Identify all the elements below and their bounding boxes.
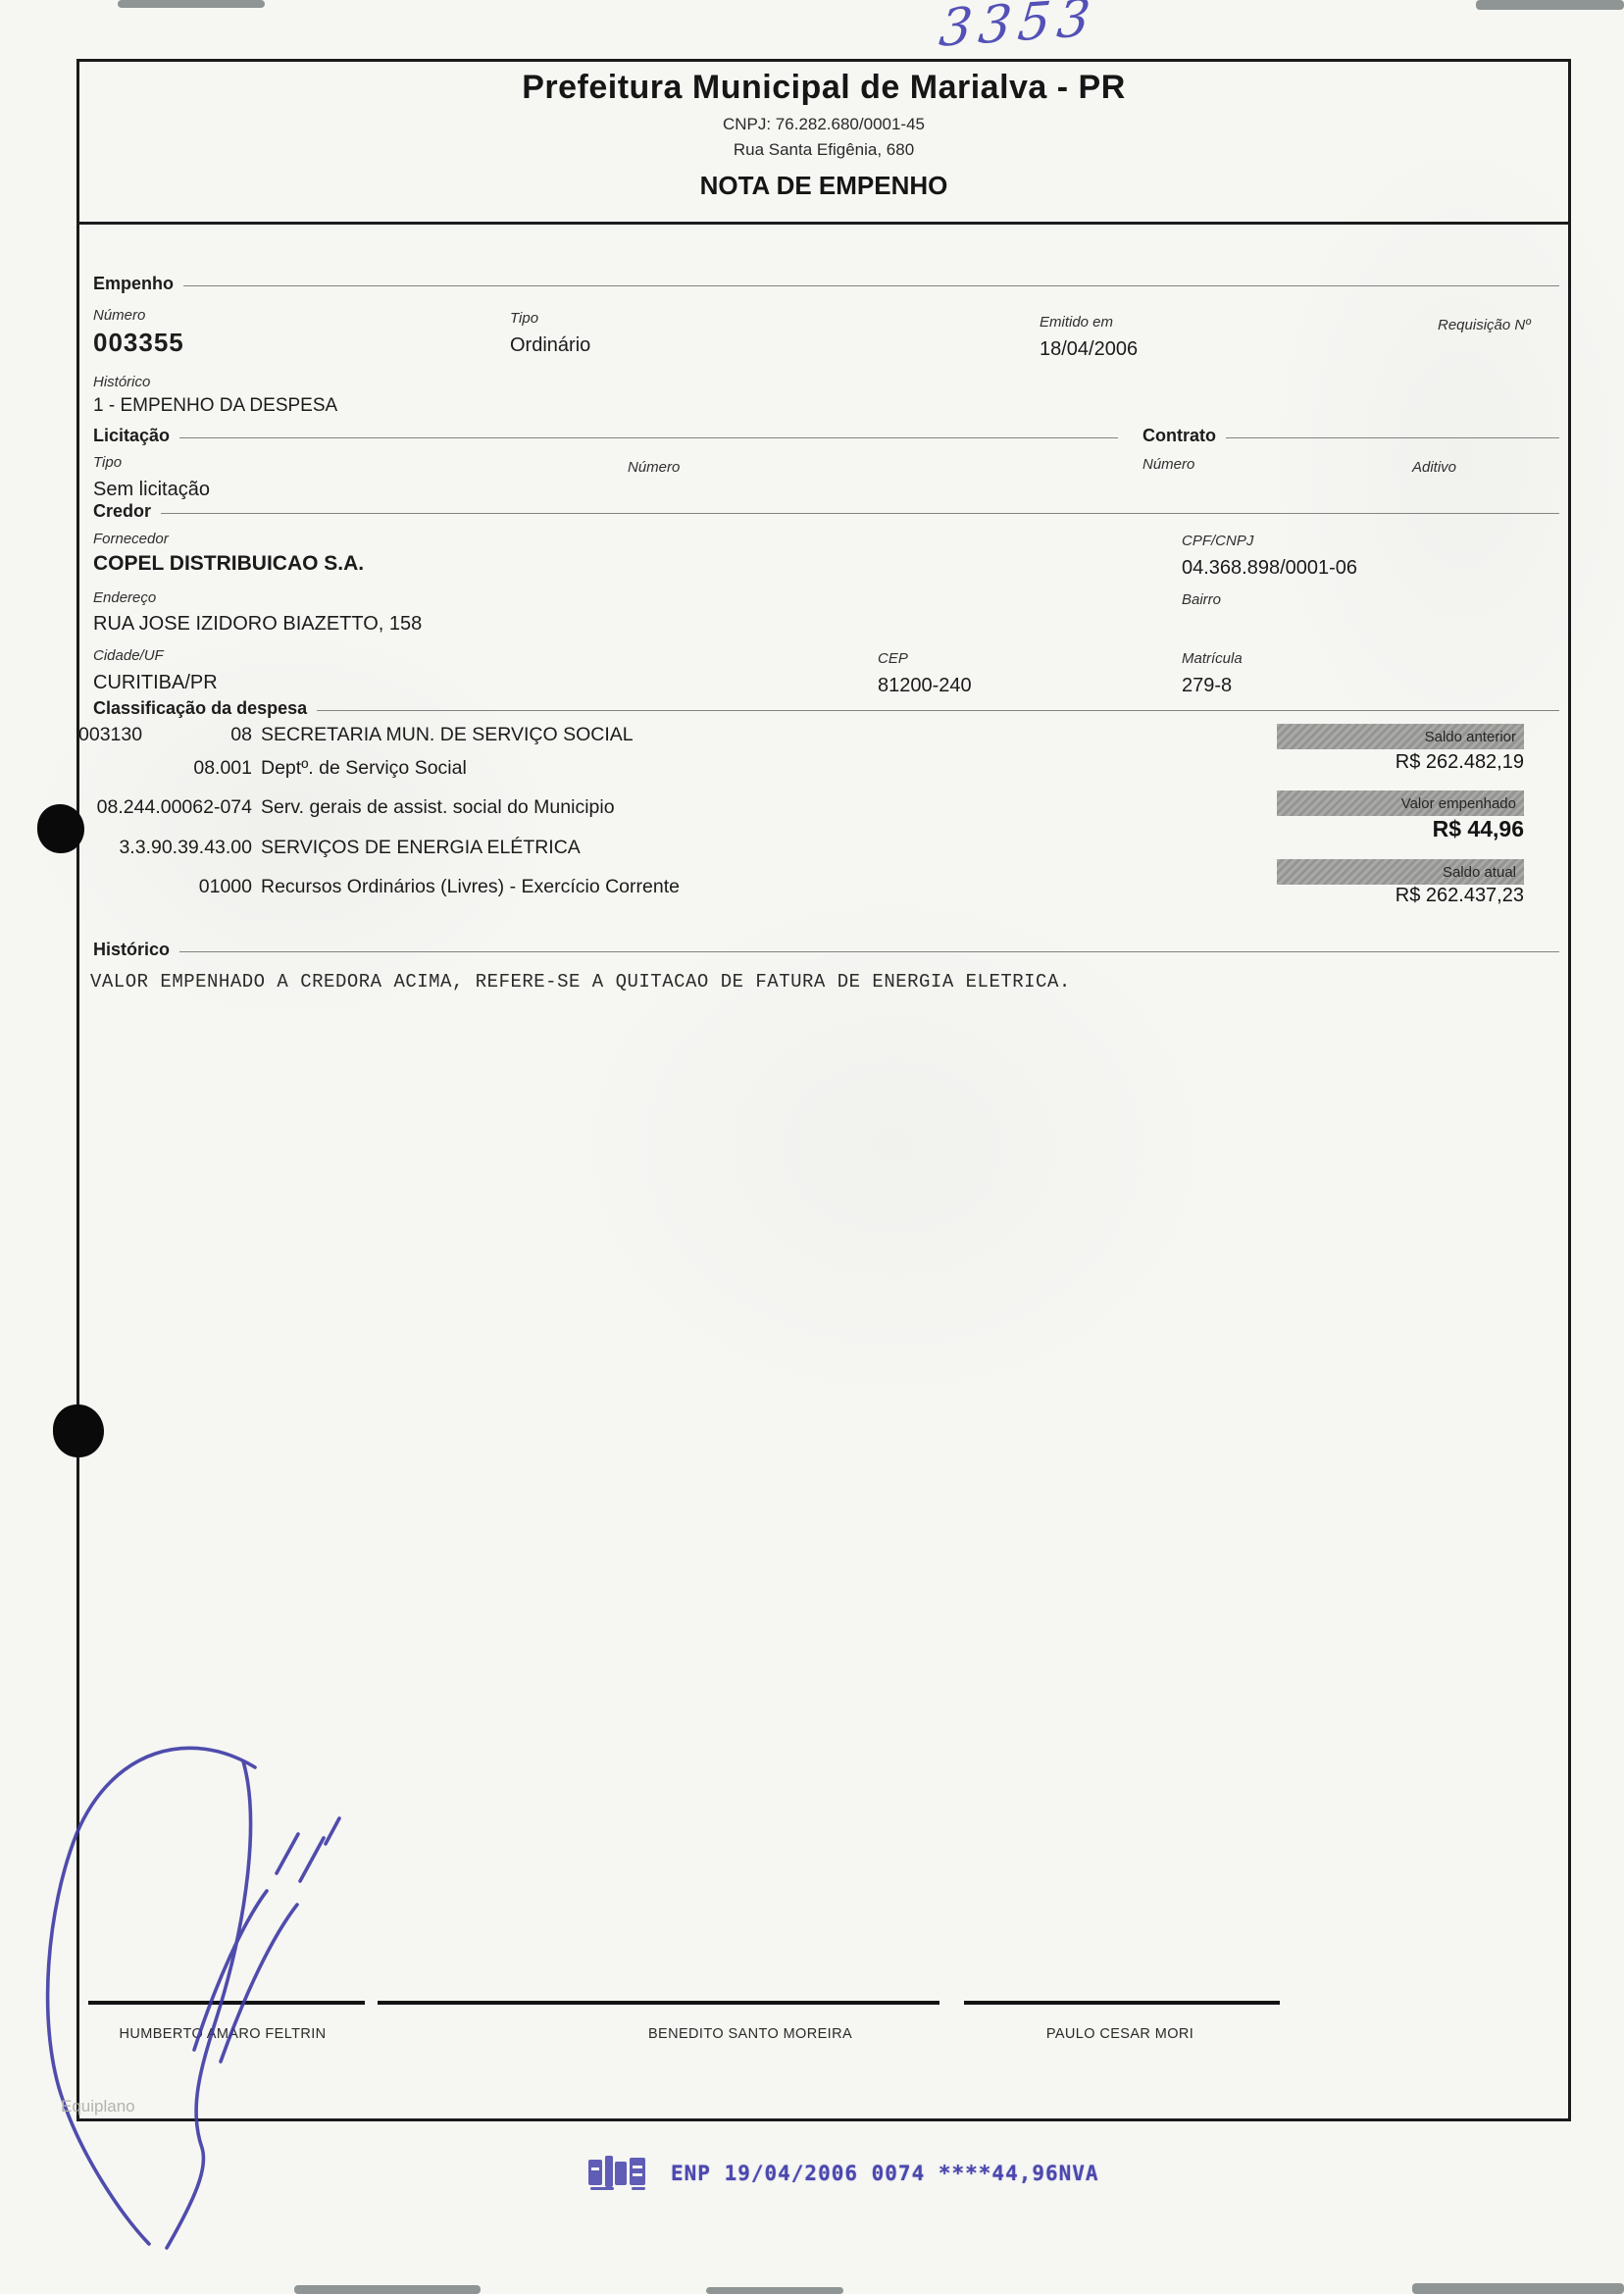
municipality-title: Prefeitura Municipal de Marialva - PR <box>76 69 1571 107</box>
section-rule <box>179 951 1559 952</box>
section-historico-label: Histórico <box>93 940 170 960</box>
validation-stamp: ENP 19/04/2006 0074 ****44,96NVA <box>588 2154 1099 2193</box>
empenho-requisicao-label: Requisição Nº <box>1438 317 1531 333</box>
hole-punch <box>53 1404 104 1457</box>
credor-matricula-label: Matrícula <box>1182 650 1243 667</box>
stamp-logo-icon <box>588 2154 649 2193</box>
empenho-emitido-label: Emitido em <box>1040 314 1113 331</box>
contrato-numero-label: Número <box>1142 456 1194 473</box>
credor-cidade-value: CURITIBA/PR <box>93 672 218 694</box>
classificacao-desc: SERVIÇOS DE ENERGIA ELÉTRICA <box>261 837 581 859</box>
header-divider <box>76 222 1571 225</box>
saldo-atual-value: R$ 262.437,23 <box>1277 885 1524 907</box>
municipality-cnpj: CNPJ: 76.282.680/0001-45 <box>76 115 1571 134</box>
section-rule <box>1226 437 1559 438</box>
classificacao-row: 08.244.00062-074 Serv. gerais de assist.… <box>78 796 615 819</box>
empenho-historico-value: 1 - EMPENHO DA DESPESA <box>93 395 337 417</box>
credor-matricula-value: 279-8 <box>1182 675 1232 697</box>
document-title: NOTA DE EMPENHO <box>76 171 1571 201</box>
credor-fornecedor-label: Fornecedor <box>93 531 169 547</box>
credor-bairro-label: Bairro <box>1182 591 1221 608</box>
credor-cpfcnpj-label: CPF/CNPJ <box>1182 533 1253 549</box>
classificacao-code: 08 <box>78 724 252 746</box>
empenho-numero-label: Número <box>93 307 145 324</box>
classificacao-desc: SECRETARIA MUN. DE SERVIÇO SOCIAL <box>261 724 634 746</box>
section-classificacao: Classificação da despesa <box>93 698 1559 719</box>
signature-line <box>964 2001 1280 2005</box>
credor-cep-label: CEP <box>878 650 908 667</box>
section-rule <box>317 710 1559 711</box>
scanned-document-page: 3353 Prefeitura Municipal de Marialva - … <box>0 0 1624 2294</box>
footer-brand: Equiplano <box>61 2097 135 2116</box>
classificacao-desc: Serv. gerais de assist. social do Munici… <box>261 796 615 819</box>
section-rule <box>183 285 1559 286</box>
section-contrato-label: Contrato <box>1142 426 1216 446</box>
saldo-anterior-label: Saldo anterior <box>1425 729 1516 745</box>
classificacao-code: 08.001 <box>78 757 252 780</box>
credor-fornecedor-value: COPEL DISTRIBUICAO S.A. <box>93 552 364 576</box>
section-credor-label: Credor <box>93 501 151 522</box>
section-empenho-label: Empenho <box>93 274 174 294</box>
classificacao-desc: Recursos Ordinários (Livres) - Exercício… <box>261 876 680 898</box>
scan-artifact <box>1412 2283 1624 2294</box>
classificacao-row: 08 SECRETARIA MUN. DE SERVIÇO SOCIAL <box>78 724 634 746</box>
scan-artifact <box>118 0 265 8</box>
handwritten-page-number: 3353 <box>937 0 1099 59</box>
stamp-text: ENP 19/04/2006 0074 ****44,96NVA <box>671 2162 1099 2185</box>
scan-artifact <box>294 2285 481 2294</box>
municipality-address: Rua Santa Efigênia, 680 <box>76 140 1571 160</box>
contrato-aditivo-label: Aditivo <box>1412 459 1456 476</box>
signatory-name: BENEDITO SANTO MOREIRA <box>648 2026 852 2042</box>
section-licitacao-label: Licitação <box>93 426 170 446</box>
scan-artifact <box>706 2287 843 2294</box>
empenho-emitido-value: 18/04/2006 <box>1040 338 1138 361</box>
classificacao-desc: Deptº. de Serviço Social <box>261 757 467 780</box>
licitacao-numero-label: Número <box>628 459 680 476</box>
saldo-anterior-bar: Saldo anterior <box>1277 724 1524 749</box>
classificacao-row: 3.3.90.39.43.00 SERVIÇOS DE ENERGIA ELÉT… <box>78 837 581 859</box>
signature-line <box>378 2001 939 2005</box>
historico-text: VALOR EMPENHADO A CREDORA ACIMA, REFERE-… <box>90 971 1071 993</box>
credor-cidade-label: Cidade/UF <box>93 647 164 664</box>
licitacao-tipo-value: Sem licitação <box>93 479 210 501</box>
empenho-numero-value: 003355 <box>93 328 184 358</box>
saldo-atual-label: Saldo atual <box>1443 864 1516 881</box>
licitacao-tipo-label: Tipo <box>93 454 122 471</box>
credor-endereco-label: Endereço <box>93 589 156 606</box>
credor-cpfcnpj-value: 04.368.898/0001-06 <box>1182 557 1357 580</box>
section-historico: Histórico <box>93 940 1559 960</box>
classificacao-code: 3.3.90.39.43.00 <box>78 837 252 859</box>
section-credor: Credor <box>93 501 1559 522</box>
hole-punch <box>37 804 84 853</box>
section-licitacao: Licitação <box>93 426 1118 446</box>
classificacao-code: 01000 <box>78 876 252 898</box>
section-contrato: Contrato <box>1142 426 1559 446</box>
valor-empenhado-bar: Valor empenhado <box>1277 790 1524 816</box>
valor-empenhado-value: R$ 44,96 <box>1277 816 1524 842</box>
credor-cep-value: 81200-240 <box>878 675 972 697</box>
scan-artifact <box>1476 0 1624 10</box>
empenho-tipo-value: Ordinário <box>510 334 590 357</box>
credor-endereco-value: RUA JOSE IZIDORO BIAZETTO, 158 <box>93 613 422 636</box>
classificacao-row: 01000 Recursos Ordinários (Livres) - Exe… <box>78 876 680 898</box>
signatory-name: PAULO CESAR MORI <box>1046 2026 1193 2042</box>
section-empenho: Empenho <box>93 274 1559 294</box>
handwritten-signature <box>20 1726 431 2256</box>
saldo-atual-bar: Saldo atual <box>1277 859 1524 885</box>
valor-empenhado-label: Valor empenhado <box>1401 795 1516 812</box>
empenho-historico-label: Histórico <box>93 374 150 390</box>
section-rule <box>161 513 1559 514</box>
saldo-anterior-value: R$ 262.482,19 <box>1277 751 1524 774</box>
section-classificacao-label: Classificação da despesa <box>93 698 307 719</box>
section-rule <box>179 437 1118 438</box>
classificacao-code: 08.244.00062-074 <box>78 796 252 819</box>
empenho-tipo-label: Tipo <box>510 310 538 327</box>
classificacao-row: 08.001 Deptº. de Serviço Social <box>78 757 467 780</box>
